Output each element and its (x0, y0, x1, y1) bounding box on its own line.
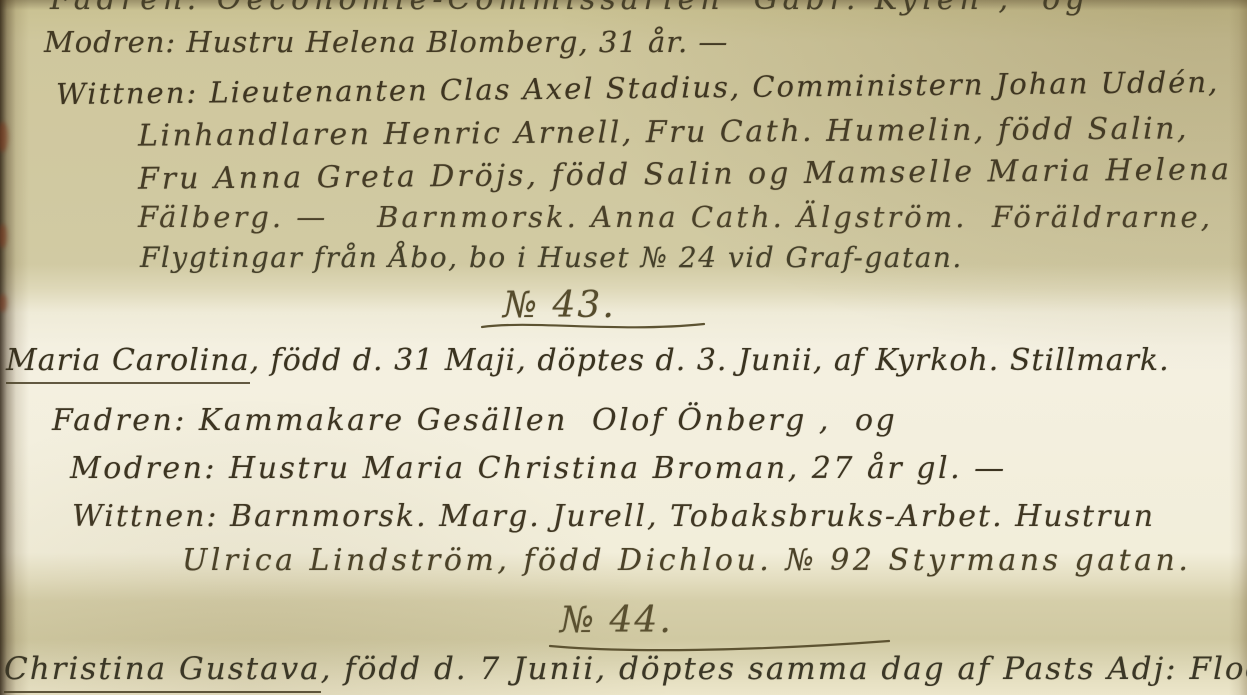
entry42-witnesses-line-5: Flygtingar från Åbo, bo i Huset № 24 vid… (140, 240, 963, 275)
entry42-witnesses-line-2: Linhandlaren Henric Arnell, Fru Cath. Hu… (138, 110, 1189, 155)
entry43-witnesses-line-1: Wittnen: Barnmorsk. Marg. Jurell, Tobaks… (72, 498, 1155, 536)
margin-stain (0, 122, 8, 152)
entry43-name: Maria Carolina (6, 343, 250, 384)
entry43-birth-baptism-line: Maria Carolina, född d. 31 Maji, döptes … (6, 342, 1170, 380)
margin-stain (0, 224, 7, 248)
entry44-heading: № 44. (560, 598, 673, 643)
entry44-birth-baptism-line: Christina Gustava, född d. 7 Junii, döpt… (4, 650, 1247, 689)
margin-stain (0, 294, 7, 312)
entry43-heading: № 43. (503, 283, 616, 328)
entry44-birth-baptism-rest: , född d. 7 Junii, döptes samma dag af P… (321, 651, 1247, 687)
entry43-witnesses-line-2: Ulrica Lindström, född Dichlou. № 92 Sty… (182, 542, 1191, 580)
entry42-father-line: Fadren: Oeconomie-Commissarien Gabr. Kyl… (50, 0, 1089, 19)
register-page-scan: Fadren: Oeconomie-Commissarien Gabr. Kyl… (0, 0, 1247, 695)
entry42-witnesses-line-3: Fru Anna Greta Dröjs, född Salin og Mams… (138, 151, 1232, 198)
entry44-name: Christina Gustava (4, 651, 321, 693)
entry43-father-line: Fadren: Kammakare Gesällen Olof Önberg ,… (52, 402, 897, 440)
entry42-mother-line: Modren: Hustru Helena Blomberg, 31 år. — (44, 24, 728, 60)
page-edge-right (1229, 0, 1247, 695)
entry43-mother-line: Modren: Hustru Maria Christina Broman, 2… (70, 450, 1007, 488)
entry43-birth-baptism-rest: , född d. 31 Maji, döptes d. 3. Junii, a… (250, 343, 1170, 378)
entry42-witnesses-line-4: Fälberg. — Barnmorsk. Anna Cath. Älgströ… (138, 199, 1213, 235)
entry42-witnesses-line-1: Wittnen: Lieutenanten Clas Axel Stadius,… (56, 64, 1220, 112)
